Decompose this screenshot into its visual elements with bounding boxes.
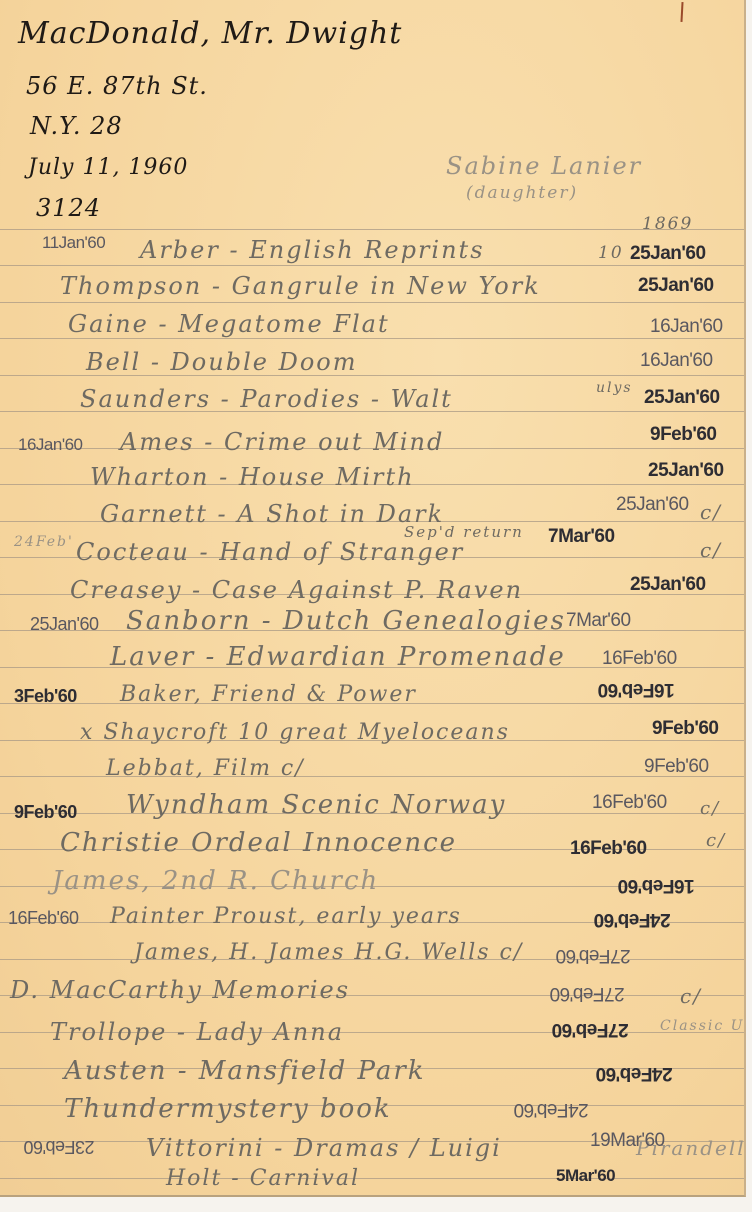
entry-text: Painter Proust, early years xyxy=(110,904,462,929)
corner-number: 1869 xyxy=(642,214,693,234)
entry-text: Garnett - A Shot in Dark xyxy=(100,500,444,528)
entry-text: Thompson - Gangrule in New York xyxy=(60,272,541,300)
right-stamp: 16Jan'60 xyxy=(650,316,723,338)
entry-note: 10 xyxy=(598,243,624,263)
card-date: July 11, 1960 xyxy=(28,155,188,180)
entry-text: Creasey - Case Against P. Raven xyxy=(70,576,523,604)
right-stamp: 24Feb'60 xyxy=(594,908,671,930)
right-stamp: 25Jan'60 xyxy=(616,494,689,516)
ruled-line xyxy=(0,229,744,230)
entry-text: Lebbat, Film c/ xyxy=(106,756,305,781)
entry-text: Wyndham Scenic Norway xyxy=(126,790,506,820)
patron-name: MacDonald, Mr. Dwight xyxy=(18,16,402,51)
entry-note: c/ xyxy=(700,538,722,562)
right-stamp: 9Feb'60 xyxy=(652,718,719,740)
account-number: 3124 xyxy=(36,194,101,222)
note-relation: (daughter) xyxy=(466,183,578,203)
right-stamp: 16Feb'60 xyxy=(570,838,647,860)
entry-text: Ames - Crime out Mind xyxy=(120,428,444,456)
right-stamp: 25Jan'60 xyxy=(630,243,706,265)
right-stamp: 9Feb'60 xyxy=(650,424,717,446)
ruled-line xyxy=(0,265,744,266)
entry-text: Saunders - Parodies - Walt xyxy=(80,385,453,413)
entry-text: Baker, Friend & Power xyxy=(120,682,417,707)
left-stamp: 23Feb'60 xyxy=(24,1136,95,1157)
entry-text: Sanborn - Dutch Genealogies xyxy=(126,606,566,636)
entry-text: James, H. James H.G. Wells c/ xyxy=(134,940,523,965)
entry-text: Wharton - House Mirth xyxy=(90,463,415,491)
entry-text: Thundermystery book xyxy=(64,1094,392,1124)
ruled-line xyxy=(0,302,744,303)
right-stamp: 7Mar'60 xyxy=(548,526,615,548)
right-stamp: 25Jan'60 xyxy=(630,574,706,596)
entry-note: c/ xyxy=(680,984,702,1008)
right-stamp: 27Feb'60 xyxy=(556,944,631,966)
entry-text: Vittorini - Dramas / Luigi xyxy=(146,1134,502,1162)
right-stamp: 16Feb'60 xyxy=(602,648,677,670)
entry-text: Gaine - Megatome Flat xyxy=(68,310,390,338)
entry-text: Laver - Edwardian Promenade xyxy=(110,642,566,672)
entry-note: Classic Ulds xyxy=(660,1018,746,1034)
interline-note: Sep'd return xyxy=(404,523,524,541)
entry-text: Cocteau - Hand of Stranger xyxy=(76,538,464,566)
right-stamp: 25Jan'60 xyxy=(648,460,724,482)
left-stamp: 9Feb'60 xyxy=(14,802,77,823)
entry-text: x Shaycroft 10 great Myeloceans xyxy=(80,720,510,745)
entry-text: Arber - English Reprints xyxy=(140,236,485,264)
right-stamp: 9Feb'60 xyxy=(644,756,709,778)
entry-note: c/ xyxy=(700,500,722,524)
left-stamp: 11Jan'60 xyxy=(42,233,105,253)
right-stamp: 27Feb'60 xyxy=(552,1018,629,1040)
address-line-1: 56 E. 87th St. xyxy=(26,72,208,100)
entry-text: D. MacCarthy Memories xyxy=(10,976,350,1004)
right-stamp: 5Mar'60 xyxy=(556,1166,615,1186)
entry-text: Bell - Double Doom xyxy=(86,348,357,376)
note-name: Sabine Lanier xyxy=(446,152,642,180)
entry-note: c/ xyxy=(706,830,726,851)
entry-text: Trollope - Lady Anna xyxy=(50,1018,344,1046)
left-stamp: 3Feb'60 xyxy=(14,686,77,707)
ruled-line xyxy=(0,1178,744,1179)
ruled-line xyxy=(0,338,744,339)
library-index-card: MacDonald, Mr. Dwight 56 E. 87th St. N.Y… xyxy=(0,0,746,1197)
right-stamp: 25Jan'60 xyxy=(644,387,720,409)
edge-mark xyxy=(680,2,683,22)
right-stamp: 19Mar'60 xyxy=(590,1130,665,1152)
right-stamp: 27Feb'60 xyxy=(550,982,625,1004)
entry-text: Holt - Carnival xyxy=(166,1166,360,1191)
entry-text: Austen - Mansfield Park xyxy=(64,1056,426,1086)
right-stamp: 16Jan'60 xyxy=(640,350,713,372)
entry-text: James, 2nd R. Church xyxy=(52,866,379,896)
right-stamp: 16Feb'60 xyxy=(592,792,667,814)
left-stamp: 25Jan'60 xyxy=(30,614,99,635)
left-stamp: 16Jan'60 xyxy=(18,435,82,455)
entry-text: Christie Ordeal Innocence xyxy=(60,828,457,858)
entry-note: ulys xyxy=(596,380,633,396)
right-stamp: 24Feb'60 xyxy=(514,1098,589,1120)
entry-note: c/ xyxy=(700,798,720,819)
right-stamp: 24Feb'60 xyxy=(596,1062,673,1084)
address-line-2: N.Y. 28 xyxy=(30,112,123,140)
left-stamp: 24Feb' xyxy=(14,534,74,550)
left-stamp: 16Feb'60 xyxy=(8,908,79,929)
right-stamp: 7Mar'60 xyxy=(566,610,631,632)
right-stamp: 25Jan'60 xyxy=(638,275,714,297)
right-stamp: 16Feb'60 xyxy=(598,678,675,700)
right-stamp: 16Feb'60 xyxy=(618,874,695,896)
